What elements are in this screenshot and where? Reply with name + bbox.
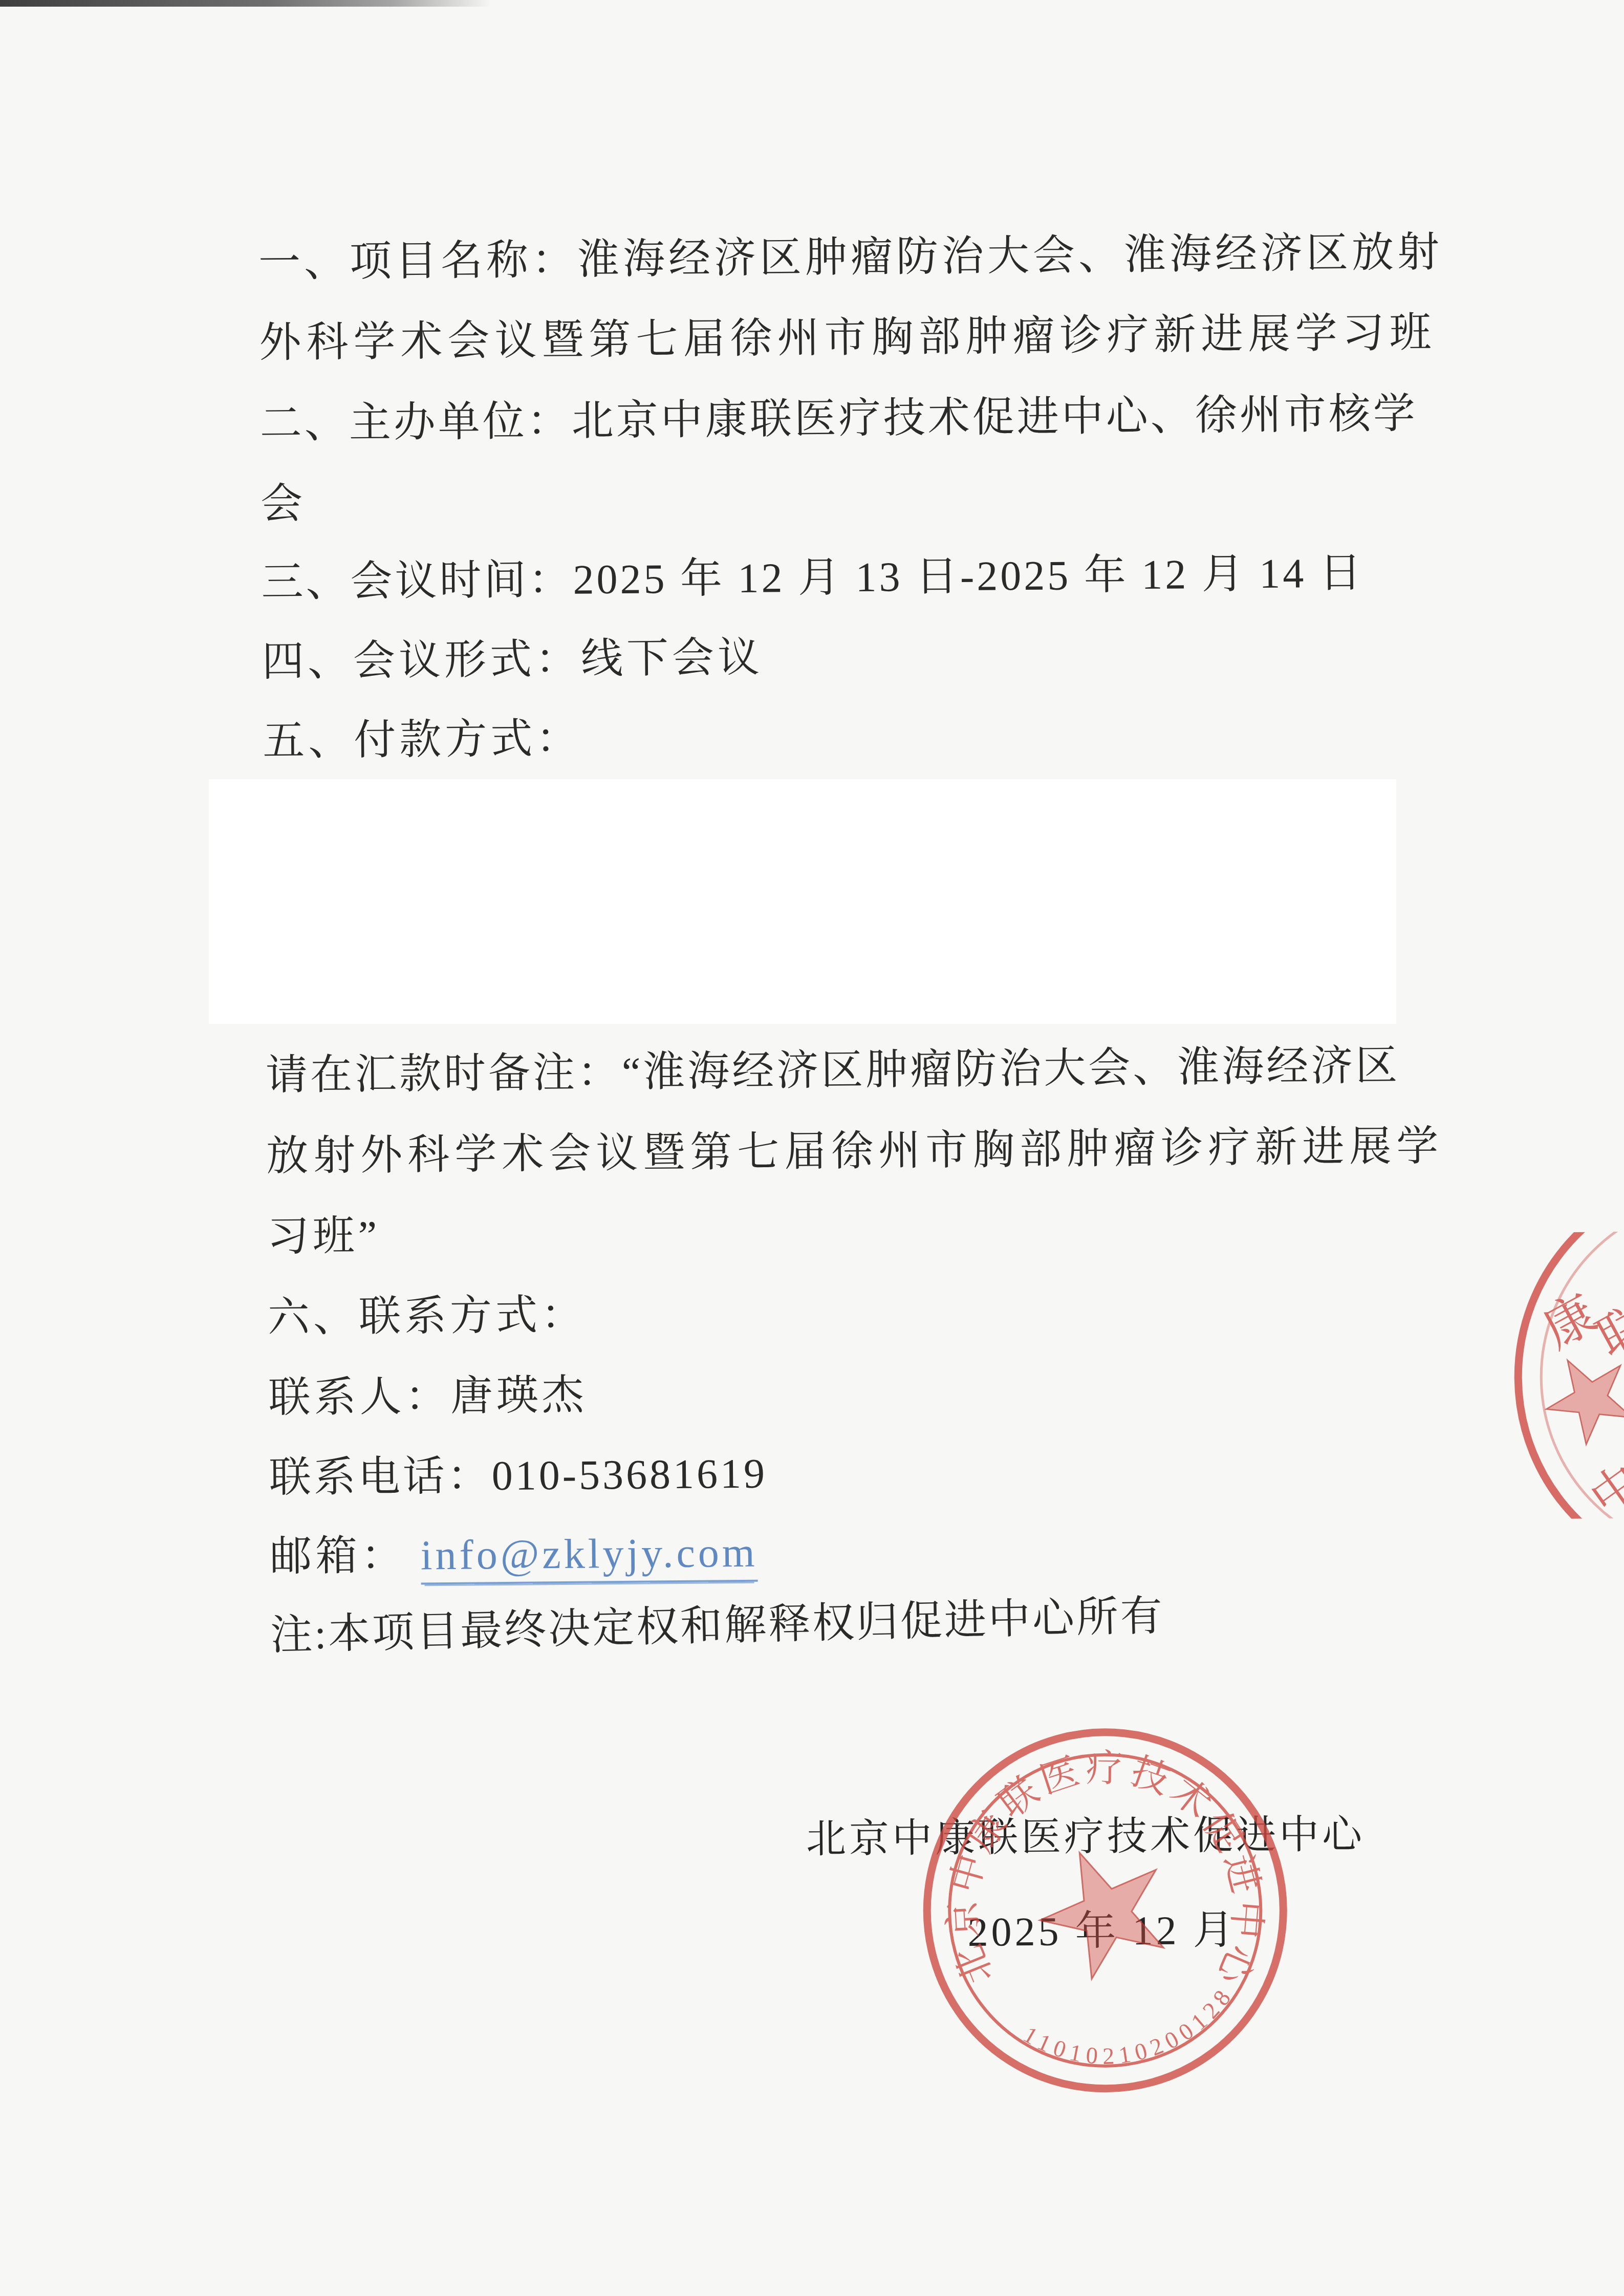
star-icon <box>1022 1828 1185 1988</box>
official-stamp: 北京中康联医疗技术促进中心 11010210200128 <box>917 1722 1293 2099</box>
email-label: 邮箱： <box>270 1532 407 1580</box>
body-line: 放射外科学术会议暨第七届徐州市胸部肿瘤诊疗新进展学 <box>266 1124 1444 1179</box>
body-line: 六、联系方式： <box>268 1293 587 1341</box>
edge-stamp-char: 中 <box>1580 1454 1624 1519</box>
contact-phone-line: 联系电话：010-53681619 <box>269 1451 767 1501</box>
email-link[interactable]: info@zklyjy.com <box>420 1529 758 1585</box>
body-line: 外科学术会议暨第七届徐州市胸部肿瘤诊疗新进展学习班 <box>259 310 1437 366</box>
body-line: 五、付款方式： <box>263 716 582 764</box>
body-line: 请在汇款时备注：“淮海经济区肿瘤防治大会、淮海经济区 <box>266 1043 1400 1099</box>
body-line: 四、会议形式：线下会议 <box>262 635 764 685</box>
body-line: 一、项目名称：淮海经济区肿瘤防治大会、淮海经济区放射 <box>258 230 1443 286</box>
note-line: 注:本项目最终决定权和解释权归促进中心所有 <box>270 1594 1165 1659</box>
body-line: 三、会议时间：2025 年 12 月 13 日-2025 年 12 月 14 日 <box>261 550 1364 605</box>
contact-email-line: 邮箱： info@zklyjy.com <box>270 1530 758 1580</box>
body-line: 习班” <box>267 1213 380 1259</box>
body-line: 二、主办单位：北京中康联医疗技术促进中心、徐州市核学 <box>259 391 1418 446</box>
scanned-document-page: 一、项目名称：淮海经济区肿瘤防治大会、淮海经济区放射 外科学术会议暨第七届徐州市… <box>0 0 1624 2296</box>
document-body: 一、项目名称：淮海经济区肿瘤防治大会、淮海经济区放射 外科学术会议暨第七届徐州市… <box>0 0 1624 2296</box>
edge-stamp: 康 联 中 <box>1500 1232 1624 1519</box>
contact-person-line: 联系人：唐瑛杰 <box>268 1373 588 1421</box>
body-line: 会 <box>261 481 307 527</box>
